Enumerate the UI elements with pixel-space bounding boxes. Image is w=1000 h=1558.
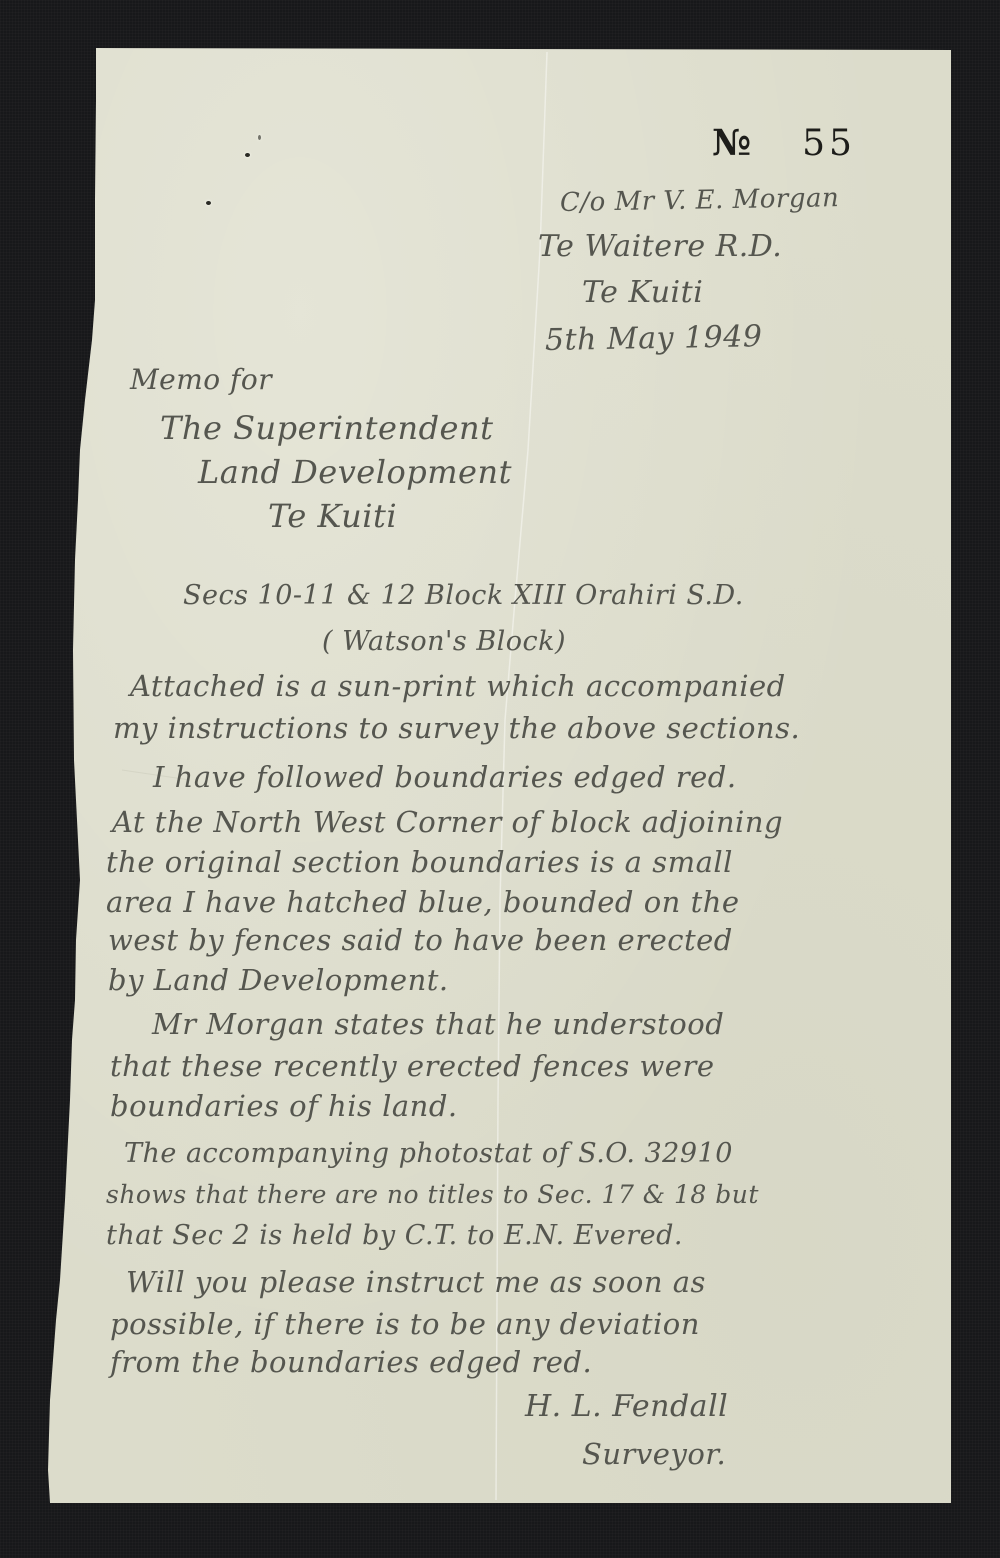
pin-hole bbox=[206, 201, 211, 205]
address-line-2: Te Waitere R.D. bbox=[538, 232, 782, 262]
body-line: Will you please instruct me as soon as bbox=[126, 1268, 706, 1297]
body-line: that Sec 2 is held by C.T. to E.N. Evere… bbox=[106, 1222, 683, 1249]
recipient-line-2: Land Development bbox=[198, 456, 512, 488]
signature-title: Surveyor. bbox=[582, 1440, 726, 1469]
body-line: boundaries of his land. bbox=[110, 1092, 458, 1121]
subject-line-2: ( Watson's Block) bbox=[322, 628, 566, 655]
document-number: 55 bbox=[802, 123, 856, 164]
body-line: by Land Development. bbox=[108, 966, 449, 995]
memo-for-label: Memo for bbox=[130, 366, 272, 394]
recipient-line-3: Te Kuiti bbox=[268, 500, 397, 532]
recipient-line-1: The Superintendent bbox=[160, 412, 493, 444]
body-line: area I have hatched blue, bounded on the bbox=[106, 888, 740, 917]
body-line: from the boundaries edged red. bbox=[110, 1348, 592, 1377]
body-line: At the North West Corner of block adjoin… bbox=[112, 808, 783, 837]
body-line: Attached is a sun-print which accompanie… bbox=[130, 672, 786, 701]
number-sign: № bbox=[712, 122, 752, 164]
signature-name: H. L. Fendall bbox=[525, 1392, 728, 1422]
body-line: my instructions to survey the above sect… bbox=[113, 714, 800, 743]
body-line: The accompanying photostat of S.O. 32910 bbox=[124, 1140, 733, 1167]
body-line: west by fences said to have been erected bbox=[108, 926, 733, 955]
memo-date: 5th May 1949 bbox=[545, 322, 763, 356]
pin-hole bbox=[258, 135, 261, 140]
body-line: the original section boundaries is a sma… bbox=[106, 848, 733, 877]
body-line: shows that there are no titles to Sec. 1… bbox=[106, 1182, 759, 1207]
body-line: I have followed boundaries edged red. bbox=[153, 763, 737, 792]
address-line-1: C/o Mr V. E. Morgan bbox=[560, 185, 840, 216]
body-line: possible, if there is to be any deviatio… bbox=[110, 1310, 700, 1339]
body-line: Mr Morgan states that he understood bbox=[152, 1010, 724, 1039]
body-line: that these recently erected fences were bbox=[110, 1052, 715, 1081]
pin-hole bbox=[245, 153, 250, 157]
address-line-3: Te Kuiti bbox=[582, 278, 703, 308]
document-number-stamp: №55 bbox=[712, 122, 856, 164]
subject-line-1: Secs 10-11 & 12 Block XIII Orahiri S.D. bbox=[183, 582, 744, 609]
